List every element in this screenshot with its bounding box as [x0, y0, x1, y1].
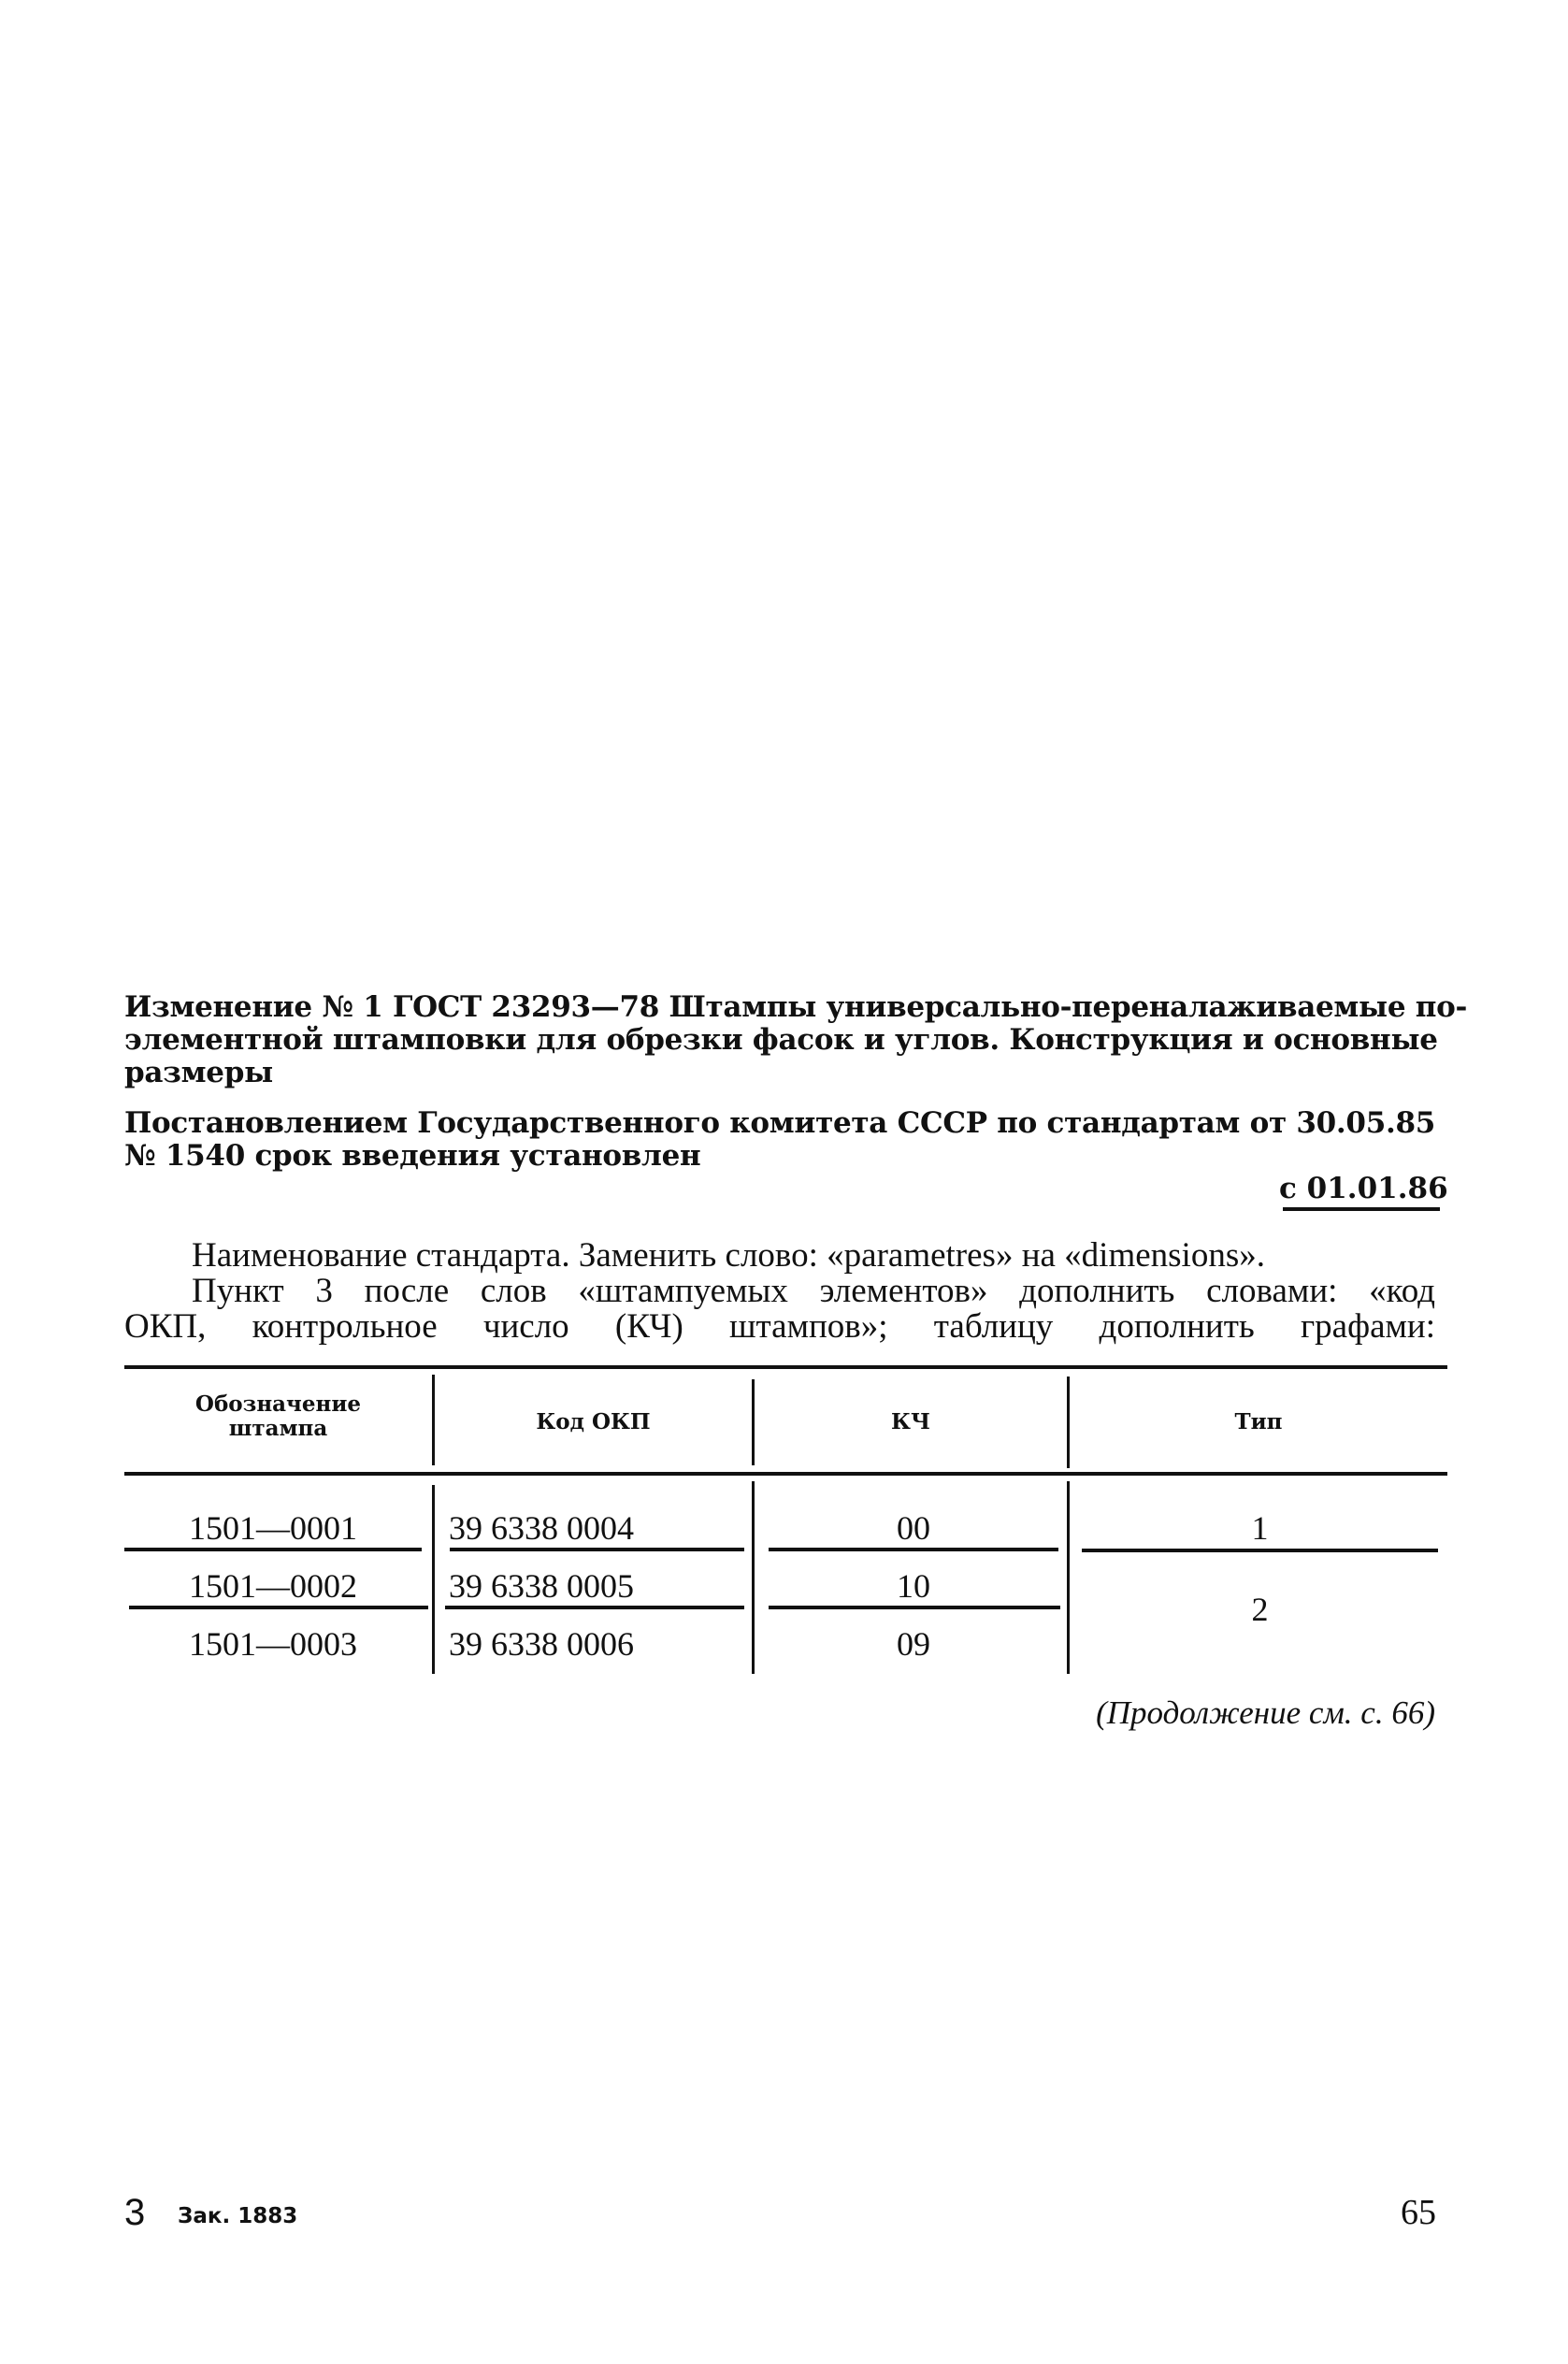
amendment-body: Наименование стандарта. Заменить слово: …	[124, 1238, 1435, 1345]
body-divider-3	[1067, 1481, 1070, 1674]
decree-line-2: № 1540 срок введения установлен	[124, 1140, 1435, 1173]
cell-check-number: 10	[769, 1567, 1058, 1605]
body-divider-2	[752, 1481, 755, 1674]
row-rule-1-col-4	[1082, 1549, 1438, 1552]
row-rule-2-col-1	[129, 1606, 428, 1609]
header-designation-line-1: Обозначение	[124, 1392, 432, 1417]
cell-okp-code: 39 6338 0005	[449, 1567, 748, 1605]
cell-okp-code: 39 6338 0004	[449, 1509, 748, 1547]
body-line-1: Наименование стандарта. Заменить слово: …	[124, 1238, 1435, 1274]
page-number: 65	[1393, 2194, 1436, 2231]
cell-check-number: 00	[769, 1509, 1058, 1547]
body-divider-1	[432, 1485, 435, 1674]
heading-line-1: Изменение № 1 ГОСТ 23293—78 Штампы униве…	[124, 991, 1435, 1024]
heading-line-2: элементной штамповки для обрезки фасок и…	[124, 1024, 1435, 1057]
header-designation-line-2: штампа	[124, 1417, 432, 1441]
cell-designation: 1501—0003	[124, 1625, 422, 1663]
row-rule-1-col-3	[769, 1548, 1058, 1551]
header-okp-code: Код ОКП	[435, 1410, 752, 1434]
body-line-2: Пункт 3 после слов «штампуемых элементов…	[192, 1274, 1435, 1309]
cell-okp-code: 39 6338 0006	[449, 1625, 748, 1663]
amendment-heading: Изменение № 1 ГОСТ 23293—78 Штампы униве…	[124, 991, 1435, 1089]
effective-date-underline	[1283, 1207, 1440, 1211]
decree-text: Постановлением Государственного комитета…	[124, 1107, 1435, 1173]
cell-check-number: 09	[769, 1625, 1058, 1663]
row-rule-1-col-1	[124, 1548, 422, 1551]
decree-line-1: Постановлением Государственного комитета…	[124, 1107, 1435, 1140]
cell-type-group-1: 1	[1082, 1509, 1438, 1547]
table-top-rule	[124, 1365, 1447, 1369]
footer-sheet-number: 3	[124, 2194, 145, 2231]
cell-designation: 1501—0002	[124, 1567, 422, 1605]
table-header-rule	[124, 1472, 1447, 1476]
row-rule-1-col-2	[450, 1548, 744, 1551]
row-rule-2-col-3	[769, 1606, 1060, 1609]
header-check-number: КЧ	[755, 1410, 1067, 1434]
header-type: Тип	[1070, 1410, 1447, 1434]
cell-type-group-2: 2	[1082, 1591, 1438, 1628]
continuation-note: (Продолжение см. с. 66)	[1029, 1694, 1435, 1732]
body-line-3: ОКП, контрольное число (КЧ) штампов»; та…	[124, 1309, 1435, 1345]
effective-date: с 01.01.86	[1279, 1173, 1448, 1205]
footer-order-number: Зак. 1883	[178, 2202, 297, 2230]
header-designation: Обозначение штампа	[124, 1392, 432, 1441]
heading-line-3: размеры	[124, 1057, 1435, 1089]
row-rule-2-col-2	[445, 1606, 744, 1609]
cell-designation: 1501—0001	[124, 1509, 422, 1547]
